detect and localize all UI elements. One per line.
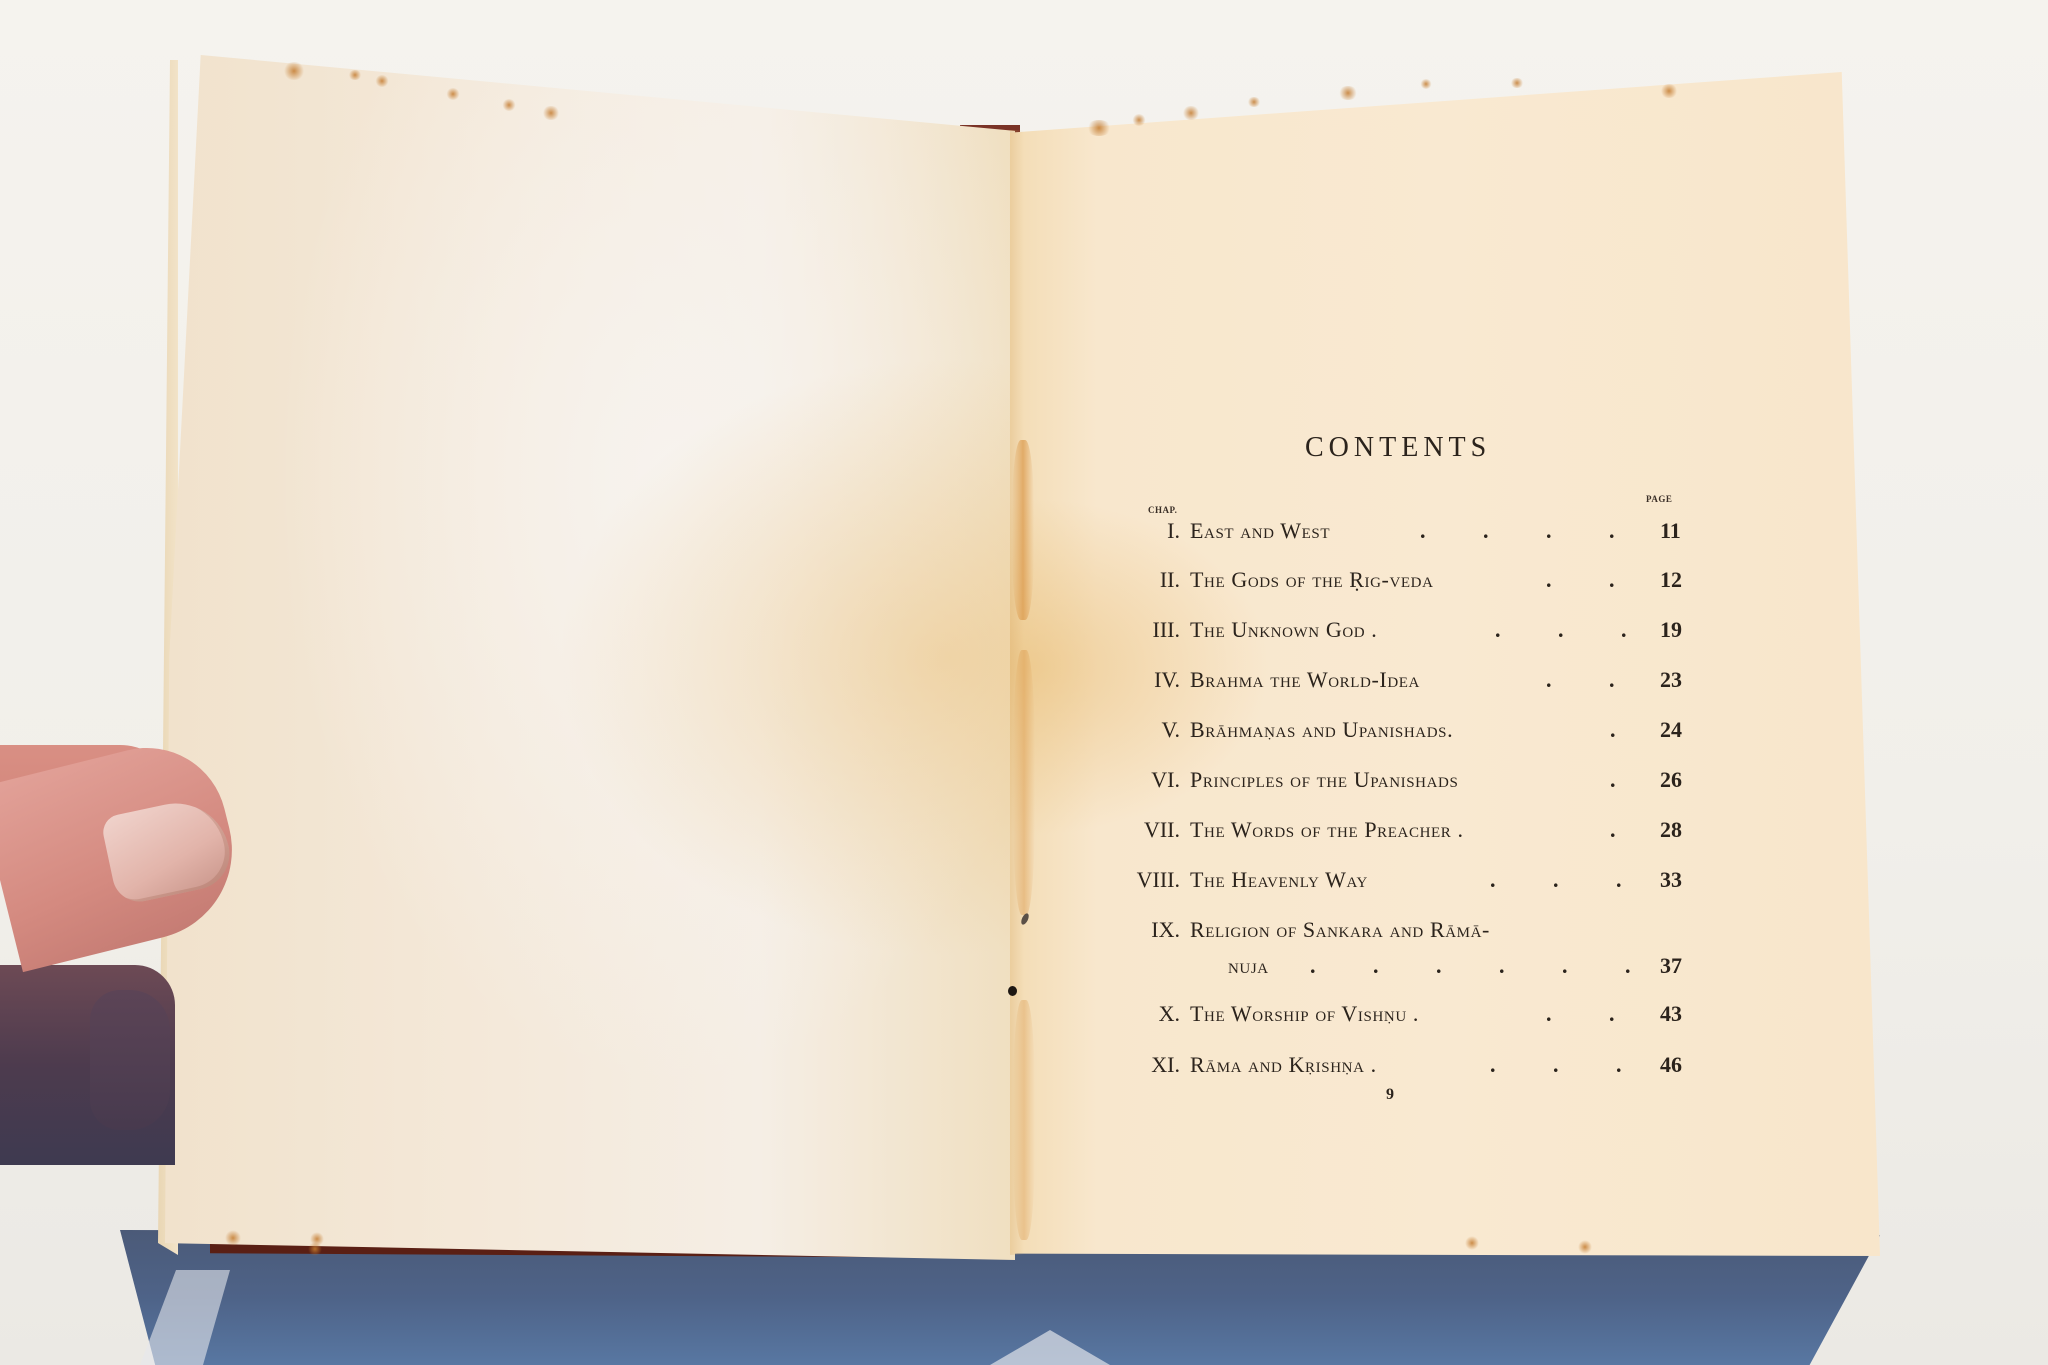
leader-dots: . .	[1546, 667, 1641, 693]
page-number: 43	[1660, 1001, 1682, 1027]
chapter-column-header: CHAP.	[1148, 505, 1177, 515]
leader-dots: .	[1610, 767, 1642, 793]
page-column-header: PAGE	[1646, 494, 1672, 504]
foxing-spot	[1420, 79, 1432, 89]
chapter-title: Religion of Sankara and Rāmā-	[1190, 917, 1490, 943]
chapter-title: Principles of the Upanishads	[1190, 767, 1458, 793]
foxing-spot	[1182, 106, 1200, 120]
leader-dots: . . . .	[1420, 518, 1641, 544]
chapter-numeral: VII.	[1100, 817, 1180, 843]
chapter-title: The Heavenly Way	[1190, 867, 1368, 893]
chapter-title-continuation: nuja	[1228, 953, 1269, 979]
gutter-stain	[1013, 650, 1035, 915]
page-number: 12	[1660, 567, 1682, 593]
gutter-stain	[1012, 440, 1034, 620]
chapter-title: The Worship of Vishṇu .	[1190, 1001, 1419, 1027]
leader-dots: . .	[1546, 1001, 1641, 1027]
leader-dots: . .	[1546, 567, 1641, 593]
chapter-numeral: VIII.	[1100, 867, 1180, 893]
hand	[0, 745, 240, 1165]
page-number: 23	[1660, 667, 1682, 693]
contents-heading: CONTENTS	[1305, 432, 1491, 464]
left-page	[165, 55, 1015, 1260]
foxing-spot	[1132, 114, 1146, 126]
foxing-spot	[1338, 86, 1358, 100]
foxing-spot	[308, 1242, 322, 1256]
chapter-numeral: IX.	[1100, 917, 1180, 943]
page-number: 19	[1660, 617, 1682, 643]
page-number: 33	[1660, 867, 1682, 893]
foxing-spot	[375, 75, 389, 87]
chapter-title: Brahma the World-Idea	[1190, 667, 1420, 693]
ink-dot	[1008, 986, 1017, 996]
chapter-numeral: XI.	[1100, 1052, 1180, 1078]
foxing-spot	[225, 1230, 241, 1246]
chapter-title: Brāhmaṇas and Upanishads.	[1190, 717, 1453, 743]
leader-dots: . . . . . .	[1310, 953, 1657, 979]
leader-dots: .	[1610, 717, 1642, 743]
chapter-title: The Unknown God .	[1190, 617, 1377, 643]
chapter-numeral: V.	[1100, 717, 1180, 743]
page-number: 11	[1660, 518, 1681, 544]
foxing-spot	[1578, 1240, 1592, 1254]
chapter-numeral: X.	[1100, 1001, 1180, 1027]
foxing-spot	[1086, 120, 1112, 136]
leader-dots: . . .	[1490, 1052, 1648, 1078]
foxing-spot	[1510, 78, 1524, 88]
page-folio-number: 9	[1386, 1086, 1394, 1104]
photo-scene: CONTENTS CHAP. PAGE I. East and West . .…	[0, 0, 2048, 1365]
foxing-spot	[502, 99, 516, 111]
foxing-spot	[348, 70, 362, 80]
page-number: 24	[1660, 717, 1682, 743]
chapter-title: The Gods of the Ṛig-veda	[1190, 567, 1434, 593]
foxing-spot	[446, 88, 460, 100]
foxing-spot	[283, 62, 305, 80]
page-number: 26	[1660, 767, 1682, 793]
leader-dots: . . .	[1495, 617, 1653, 643]
foxing-spot	[1660, 84, 1678, 98]
page-number: 37	[1660, 953, 1682, 979]
foxing-spot	[1465, 1236, 1479, 1250]
chapter-title: East and West	[1190, 518, 1330, 544]
chapter-title: The Words of the Preacher .	[1190, 817, 1464, 843]
gutter-stain	[1013, 1000, 1035, 1240]
chapter-numeral: II.	[1100, 567, 1180, 593]
chapter-numeral: IV.	[1100, 667, 1180, 693]
hand-finger	[90, 990, 170, 1130]
foxing-spot	[542, 106, 560, 120]
chapter-numeral: VI.	[1100, 767, 1180, 793]
chapter-numeral: I.	[1100, 518, 1180, 544]
leader-dots: .	[1610, 817, 1642, 843]
leader-dots: . . .	[1490, 867, 1648, 893]
chapter-title: Rāma and Kṛishṇa .	[1190, 1052, 1377, 1078]
chapter-numeral: III.	[1100, 617, 1180, 643]
page-number: 46	[1660, 1052, 1682, 1078]
foxing-spot	[1247, 97, 1261, 107]
page-number: 28	[1660, 817, 1682, 843]
